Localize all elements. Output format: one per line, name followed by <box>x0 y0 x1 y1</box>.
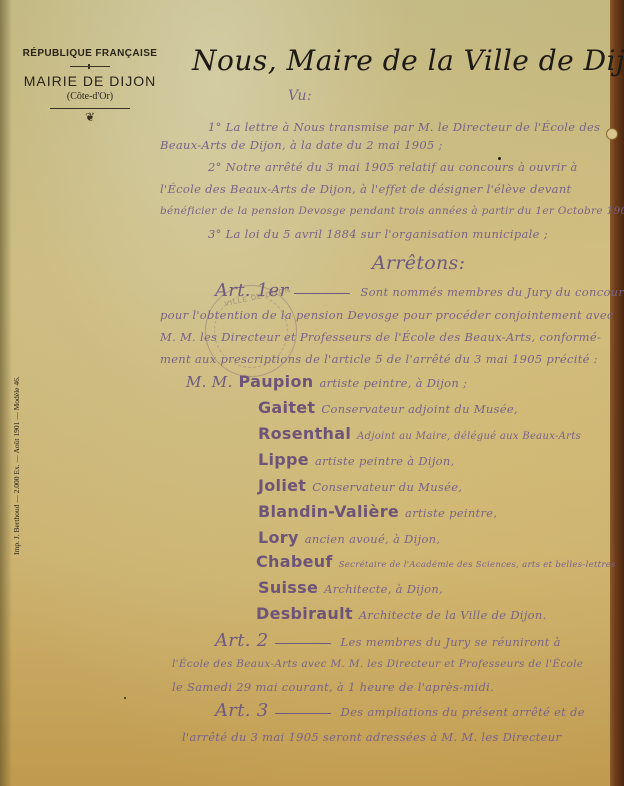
department-label: (Côte-d'Or) <box>10 91 170 102</box>
article-2-text: Les membres du Jury se réuniront à <box>341 635 561 649</box>
member-name: Gaitet <box>258 398 315 417</box>
article-1-text: Sont nommés membres du Jury du concours <box>360 285 624 299</box>
binding-clip-icon <box>606 128 618 140</box>
article-2-line: l'École des Beaux-Arts avec M. M. les Di… <box>172 658 583 670</box>
ornament-icon: ❦ <box>10 111 170 123</box>
republic-label: RÉPUBLIQUE FRANÇAISE <box>10 48 170 59</box>
member-role: Adjoint au Maire, délégué aux Beaux-Arts <box>357 431 581 442</box>
considerant-line: 1° La lettre à Nous transmise par M. le … <box>208 120 600 134</box>
article-1-line: M. M. les Directeur et Professeurs de l'… <box>160 330 601 344</box>
article-2-header: Art. 2Les membres du Jury se réuniront à <box>215 630 561 651</box>
member-role: Architecte, à Dijon, <box>324 582 443 596</box>
member-row: Loryancien avoué, à Dijon, <box>258 528 440 547</box>
article-3-label: Art. 3 <box>215 700 269 721</box>
member-row: JolietConservateur du Musée, <box>258 476 462 495</box>
member-name: Blandin-Valière <box>258 502 399 521</box>
member-name: Joliet <box>258 476 306 495</box>
divider <box>70 66 110 67</box>
member-row: ChabeufSecrétaire de l'Académie des Scie… <box>256 552 616 571</box>
considerant-line: 3° La loi du 5 avril 1884 sur l'organisa… <box>208 227 548 241</box>
considerant-line: l'École des Beaux-Arts de Dijon, à l'eff… <box>160 182 571 196</box>
member-name: Chabeuf <box>256 552 333 571</box>
member-role: ancien avoué, à Dijon, <box>305 532 441 546</box>
member-row: Lippeartiste peintre à Dijon, <box>258 450 455 469</box>
member-name: Lory <box>258 528 299 547</box>
dash <box>275 713 331 714</box>
binding-edge <box>610 0 624 786</box>
article-1-line: pour l'obtention de la pension Devosge p… <box>160 308 614 322</box>
considerant-line: Beaux-Arts de Dijon, à la date du 2 mai … <box>160 138 443 152</box>
ink-spot <box>498 157 501 160</box>
article-1-label: Art. 1er <box>215 280 288 301</box>
article-1-line: ment aux prescriptions de l'article 5 de… <box>160 352 598 366</box>
divider <box>50 108 130 109</box>
article-2-line: le Samedi 29 mai courant, à 1 heure de l… <box>172 680 494 694</box>
member-row: RosenthalAdjoint au Maire, délégué aux B… <box>258 424 581 443</box>
considerant-line: bénéficier de la pension Devosge pendant… <box>160 205 624 217</box>
member-name: Desbirault <box>256 604 353 623</box>
member-role: Architecte de la Ville de Dijon. <box>359 608 547 622</box>
member-role: Conservateur adjoint du Musée, <box>321 402 518 416</box>
member-row: Blandin-Valièreartiste peintre, <box>258 502 497 521</box>
article-3-header: Art. 3Des ampliations du présent arrêté … <box>215 700 585 721</box>
member-row: M. M.Paupionartiste peintre, à Dijon ; <box>186 372 467 391</box>
vu-heading: Vu: <box>288 88 312 104</box>
mairie-label: MAIRIE DE DIJON <box>10 73 170 89</box>
ink-spot <box>124 697 126 699</box>
member-role: Secrétaire de l'Académie des Sciences, a… <box>339 560 616 570</box>
member-role: artiste peintre, à Dijon ; <box>319 376 467 390</box>
article-1-header: Art. 1erSont nommés membres du Jury du c… <box>215 280 624 301</box>
member-row: DesbiraultArchitecte de la Ville de Dijo… <box>256 604 547 623</box>
member-row: SuisseArchitecte, à Dijon, <box>258 578 443 597</box>
member-name: Paupion <box>239 372 314 391</box>
considerant-line: 2° Notre arrêté du 3 mai 1905 relatif au… <box>208 160 578 174</box>
dash <box>294 293 350 294</box>
member-role: artiste peintre à Dijon, <box>315 454 455 468</box>
article-3-text: Des ampliations du présent arrêté et de <box>341 705 585 719</box>
member-name: Suisse <box>258 578 318 597</box>
article-3-line: l'arrêté du 3 mai 1905 seront adressées … <box>182 730 561 744</box>
arretons-heading: Arrêtons: <box>372 252 465 274</box>
article-2-label: Art. 2 <box>215 630 269 651</box>
member-row: GaitetConservateur adjoint du Musée, <box>258 398 518 417</box>
members-prefix: M. M. <box>186 373 233 391</box>
letterhead: RÉPUBLIQUE FRANÇAISE MAIRIE DE DIJON (Cô… <box>10 48 170 123</box>
printer-imprint: Imp. J. Berthoud — 2.000 Ex. — Août 1901… <box>12 335 21 555</box>
member-name: Lippe <box>258 450 309 469</box>
member-role: artiste peintre, <box>405 506 497 520</box>
dash <box>275 643 331 644</box>
member-role: Conservateur du Musée, <box>312 480 462 494</box>
document-title: Nous, Maire de la Ville de Dijon <box>192 44 624 77</box>
member-name: Rosenthal <box>258 424 351 443</box>
